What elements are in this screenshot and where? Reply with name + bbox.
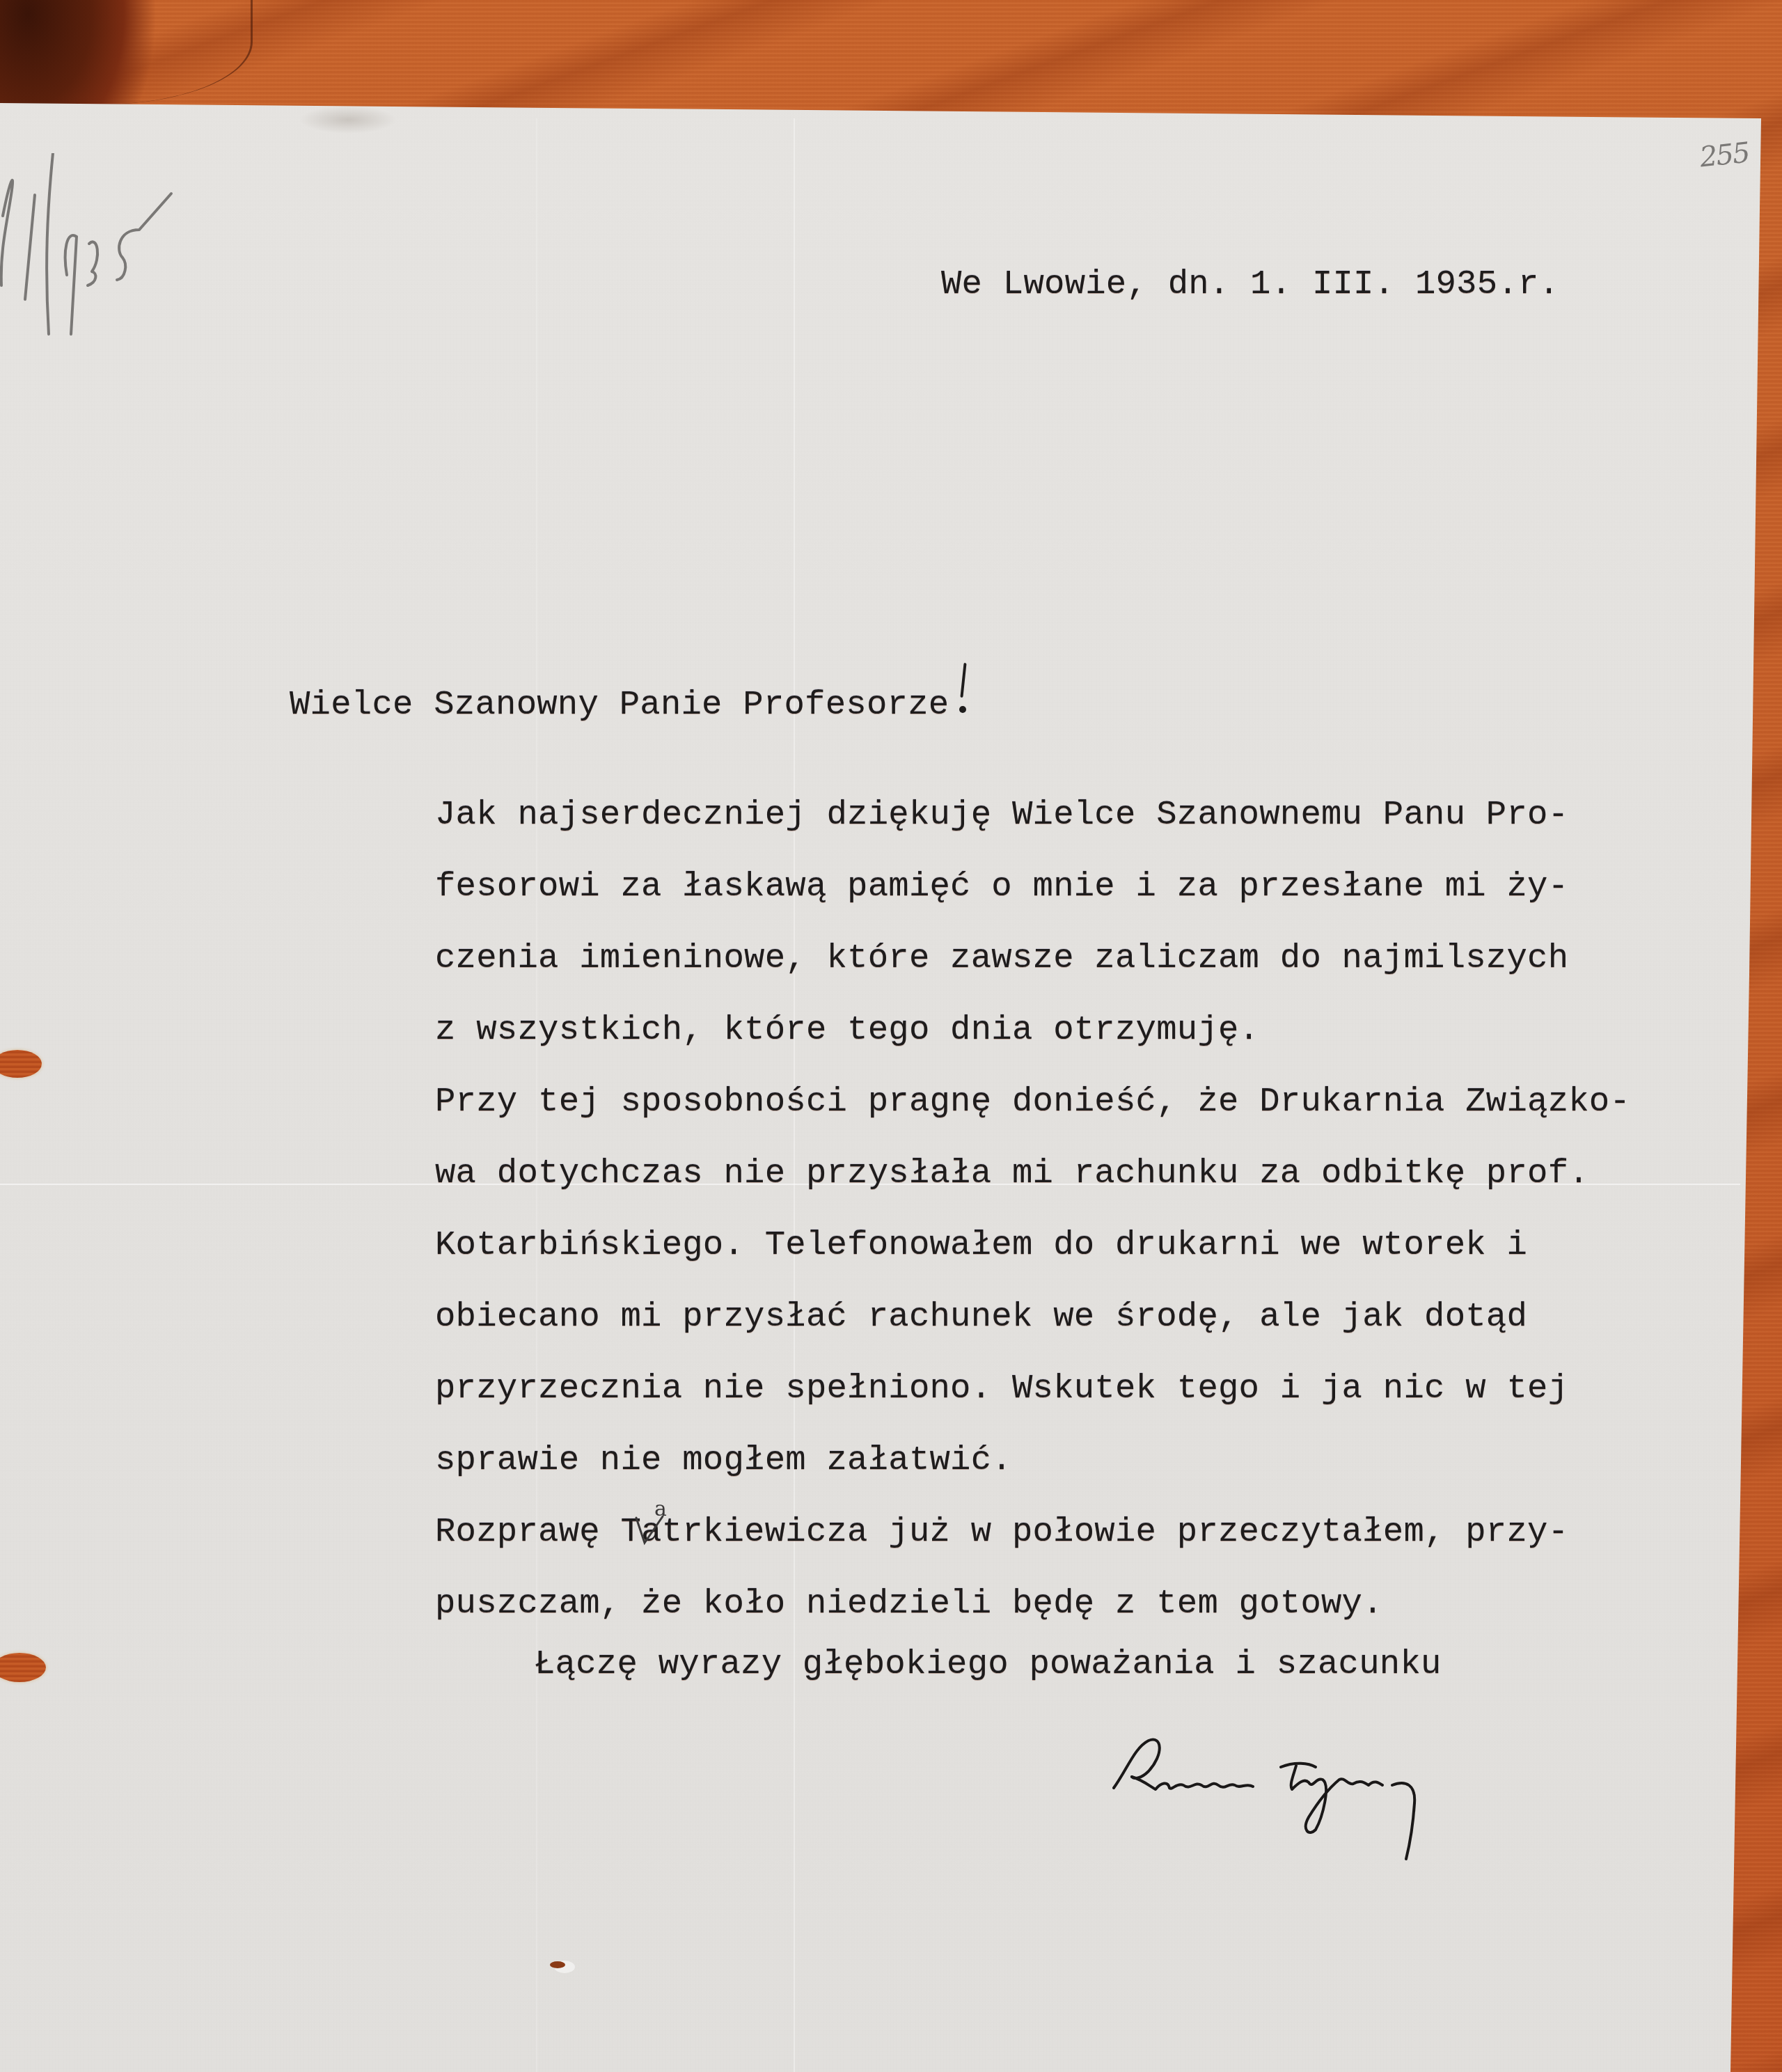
body-line: obiecano mi przysłać rachunek we środę, …	[435, 1300, 1527, 1334]
body-line: Przy tej sposobności pragnę donieść, że …	[435, 1085, 1630, 1119]
handwritten-exclamation-dot	[959, 706, 966, 713]
paper-shadow	[299, 106, 397, 134]
closing-line: Łączę wyrazy głębokiego poważania i szac…	[535, 1647, 1442, 1681]
handwritten-exclamation-mark	[960, 663, 966, 698]
body-line: puszczam, że koło niedzieli będę z tem g…	[435, 1587, 1383, 1621]
letter-sheet: 81/935 255 We Lwowie, dn. 1. III. 1935.r…	[0, 0, 1782, 2072]
place-and-date: We Lwowie, dn. 1. III. 1935.r.	[941, 267, 1559, 301]
body-line: z wszystkich, które tego dnia otrzymuję.	[435, 1013, 1259, 1047]
signature	[1086, 1713, 1448, 1866]
body-line: Jak najserdeczniej dziękuję Wielce Szano…	[435, 798, 1568, 832]
salutation: Wielce Szanowny Panie Profesorze	[290, 688, 949, 722]
body-line: sprawie nie mogłem załatwić.	[435, 1443, 1012, 1477]
body-line: wa dotychczas nie przysłała mi rachunku …	[435, 1156, 1589, 1191]
wood-knot	[0, 0, 253, 104]
body-line: fesorowi za łaskawą pamięć o mnie i za p…	[435, 870, 1568, 904]
body-line: czenia imieninowe, które zawsze zaliczam…	[435, 941, 1568, 975]
body-line: Rozprawę Tatrkiewicza już w połowie prze…	[435, 1515, 1568, 1549]
rust-spot	[550, 1961, 565, 1968]
page-number: 255	[1698, 136, 1751, 173]
body-line: Kotarbińskiego. Telefonowałem do drukarn…	[435, 1228, 1527, 1262]
correction-caret-icon	[626, 1497, 689, 1553]
body-line: przyrzecznia nie spełniono. Wskutek tego…	[435, 1372, 1568, 1406]
